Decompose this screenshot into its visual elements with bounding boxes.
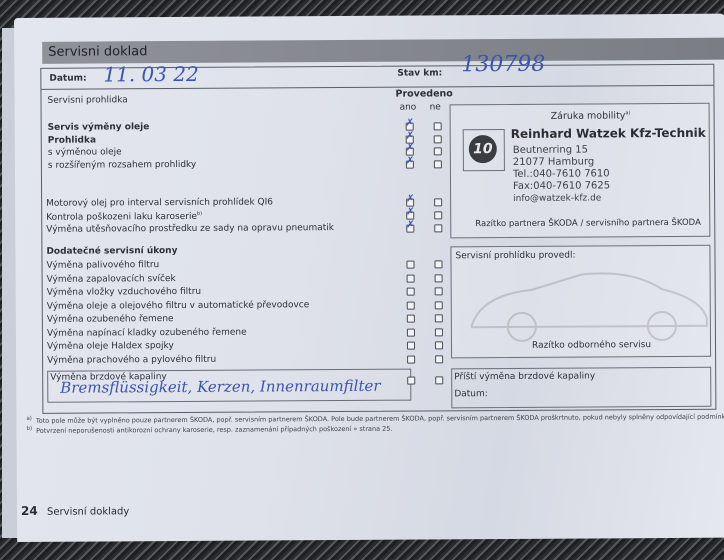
item-label: Výměna zapalovacích svíček — [47, 274, 176, 285]
item-label: Výměna palivového filtru — [46, 260, 159, 271]
mobility-caption: Razítko partnera ŠKODA / servisního part… — [475, 218, 701, 229]
ano-checkbox[interactable] — [407, 288, 415, 296]
item-label: Výměna utěsňovacího prostředku ze sady n… — [46, 223, 334, 235]
item-label: Výměna vložky vzduchového filtru — [47, 287, 201, 298]
partner-logo: 10 — [463, 129, 505, 171]
company-fax: Fax:040-7610 7625 — [513, 180, 610, 192]
ano-checkbox[interactable] — [407, 315, 415, 323]
item-label: Výměna prachového a pylového filtru — [47, 354, 216, 365]
ne-checkbox[interactable] — [434, 260, 442, 268]
ano-checkbox[interactable] — [407, 342, 415, 350]
ne-checkbox[interactable] — [434, 147, 442, 155]
col-yes-label: ano — [400, 103, 417, 113]
ne-checkbox[interactable] — [434, 211, 442, 219]
mobility-stamp-box: Záruka mobilitya) 10 Reinhard Watzek Kfz… — [450, 103, 711, 239]
item-label: Servis výměny oleje — [48, 122, 150, 133]
date-value[interactable]: 11. 03 22 — [103, 62, 199, 87]
item-label: s rozšířeným rozsahem prohlidky — [48, 159, 196, 170]
item-label: Výměna napínací kladky ozubeného řemene — [47, 327, 247, 338]
service-by-box: Servisní prohlídku provedl: Razítko odbo… — [450, 245, 711, 359]
brake-ano-checkbox[interactable] — [407, 377, 415, 385]
next-brake-date-label: Datum: — [454, 389, 488, 399]
ne-checkbox[interactable] — [435, 314, 443, 322]
ano-checkbox[interactable] — [407, 274, 415, 282]
company-city: 21077 Hamburg — [513, 156, 594, 167]
ne-checkbox[interactable] — [434, 135, 442, 143]
mobility-title: Záruka mobilitya) — [551, 110, 631, 122]
car-outline-icon — [462, 264, 712, 346]
brake-fluid-handwritten[interactable]: Bremsflüssigkeit, Kerzen, Innenraumfilte… — [60, 377, 380, 397]
service-record-page: Servisni doklad Datum: 11. 03 22 Stav km… — [14, 14, 724, 542]
header-row: Datum: 11. 03 22 Stav km: 130798 — [41, 65, 713, 90]
service-by-caption: Razítko odborného servisu — [532, 340, 651, 351]
company-name: Reinhard Watzek Kfz-Technik — [511, 126, 706, 141]
item-label: Výměna oleje Haldex spojky — [47, 341, 174, 352]
ne-checkbox[interactable] — [435, 328, 443, 336]
item-label: s výměnou oleje — [48, 147, 122, 157]
brake-fluid-box: Výměna brzdové kapaliny Bremsflüssigkeit… — [47, 369, 411, 403]
item-label: Kontrola poškozeni laku karoserieb) — [46, 211, 202, 223]
page-number: 24 — [21, 504, 38, 518]
next-brake-box: Příští výměna brzdové kapaliny Datum: — [451, 367, 711, 409]
item-label: Výměna oleje a olejového filtru v automa… — [47, 300, 310, 312]
ne-checkbox[interactable] — [434, 198, 442, 206]
provedeno-label: Provedeno — [395, 88, 452, 99]
section-header: Servisni prohlidka — [47, 95, 127, 105]
ne-checkbox[interactable] — [435, 341, 443, 349]
item-label: Prohlidka — [48, 135, 96, 145]
page-title: Servisni doklad — [42, 38, 724, 64]
company-street: Beutnerring 15 — [513, 144, 588, 155]
logo-badge: 10 — [469, 135, 497, 163]
footnote-ref: b) — [197, 211, 202, 217]
date-label: Datum: — [49, 74, 86, 84]
ne-checkbox[interactable] — [434, 224, 442, 232]
ne-checkbox[interactable] — [435, 287, 443, 295]
ano-checkbox[interactable] — [406, 261, 414, 269]
ne-checkbox[interactable] — [434, 160, 442, 168]
ne-checkbox[interactable] — [435, 274, 443, 282]
service-by-title: Servisní prohlídku provedl: — [455, 251, 575, 262]
next-brake-label: Příští výměna brzdové kapaliny — [454, 371, 595, 382]
km-label: Stav km: — [397, 68, 442, 78]
company-email: info@watzek-kfz.de — [513, 193, 601, 204]
ne-checkbox[interactable] — [435, 301, 443, 309]
ano-checkbox[interactable] — [406, 225, 414, 233]
col-no-label: ne — [430, 102, 441, 112]
ano-checkbox[interactable] — [407, 355, 415, 363]
page-section: Servisní doklady — [47, 506, 129, 518]
company-tel: Tel.:040-7610 7610 — [513, 168, 610, 180]
ne-checkbox[interactable] — [434, 122, 442, 130]
ano-checkbox[interactable] — [407, 328, 415, 336]
ano-checkbox[interactable] — [406, 160, 414, 168]
brake-ne-checkbox[interactable] — [435, 376, 443, 384]
ne-checkbox[interactable] — [435, 355, 443, 363]
item-label: Motorový olej pro interval servisních pr… — [46, 197, 273, 208]
km-value[interactable]: 130798 — [461, 52, 545, 78]
item-label: Výměna ozubeného řemene — [47, 314, 174, 325]
ano-checkbox[interactable] — [406, 212, 414, 220]
ano-checkbox[interactable] — [407, 301, 415, 309]
service-form: Datum: 11. 03 22 Stav km: 130798 Servisn… — [40, 64, 716, 414]
additional-header: Dodatečné servisní úkony — [46, 246, 177, 257]
ano-checkbox[interactable] — [406, 199, 414, 207]
footnote: b)Potvrzení neporušenosti antikorozní oc… — [26, 424, 392, 435]
